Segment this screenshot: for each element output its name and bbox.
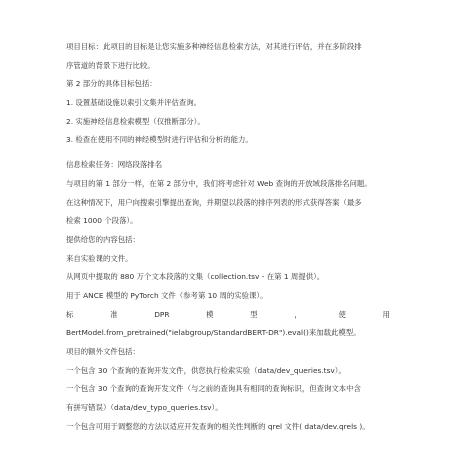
text-line: 一个包含 30 个查询的查询开发文件（与之前的查询具有相同的查询标识，但查询文本… [66, 380, 390, 399]
list-item: 1. 设置基础设施以索引文集并评估查询。 [66, 94, 390, 113]
document-page: 项目目标：此项目的目标是让您实施多种神经信息检索方法，对其进行评估，并在多阶段排… [66, 38, 390, 436]
text-line: 项目目标：此项目的目标是让您实施多种神经信息检索方法，对其进行评估，并在多阶段排 [66, 38, 390, 57]
text-line: 项目的额外文件包括： [66, 343, 390, 362]
word: DPR [154, 306, 169, 325]
text-line: 一个包含可用于调整您的方法以适应开发查询的相关性判断的 qrel 文件( dat… [66, 418, 390, 437]
justified-text-line: 标 准 DPR 模 型 ， 使 用 [66, 306, 390, 325]
word: 准 [110, 306, 117, 325]
text-line: 有拼写错误）（data/dev_typo_queries.tsv）。 [66, 399, 390, 418]
text-line: 在这种情况下，用户向搜索引擎提出查询，并期望以段落的排序列表的形式获得答案（最多 [66, 194, 390, 213]
text-line: 序管道的背景下进行比较。 [66, 57, 390, 76]
word: 标 [66, 306, 73, 325]
text-line: 提供给您的内容包括： [66, 231, 390, 250]
text-line: 检索 1000 个段落）。 [66, 212, 390, 231]
list-item: 3. 检查在使用不同的神经模型时进行评估和分析的能力。 [66, 131, 390, 150]
text-line: 来自实验课的文件。 [66, 250, 390, 269]
word: 使 [338, 306, 345, 325]
word: 型 [250, 306, 257, 325]
word: 用 [383, 306, 390, 325]
text-line: 用于 ANCE 模型的 PyTorch 文件（参考第 10 周的实验课）。 [66, 287, 390, 306]
text-line: 从网页中提取的 880 万个文本段落的文集（collection.tsv - 在… [66, 268, 390, 287]
text-line: BertModel.from_pretrained("ielabgroup/St… [66, 324, 390, 343]
list-item: 2. 实施神经信息检索模型（仅推断部分）。 [66, 113, 390, 132]
text-line: 一个包含 30 个查询的查询开发文件，供您执行检索实验（data/dev_que… [66, 362, 390, 381]
word: 模 [206, 306, 213, 325]
text-line: 第 2 部分的具体目标包括： [66, 75, 390, 94]
text-line: 与项目的第 1 部分一样，在第 2 部分中，我们将考虑针对 Web 查询的开放域… [66, 175, 390, 194]
word: ， [294, 306, 301, 325]
section-heading: 信息检索任务：网络段落排名 [66, 156, 390, 175]
